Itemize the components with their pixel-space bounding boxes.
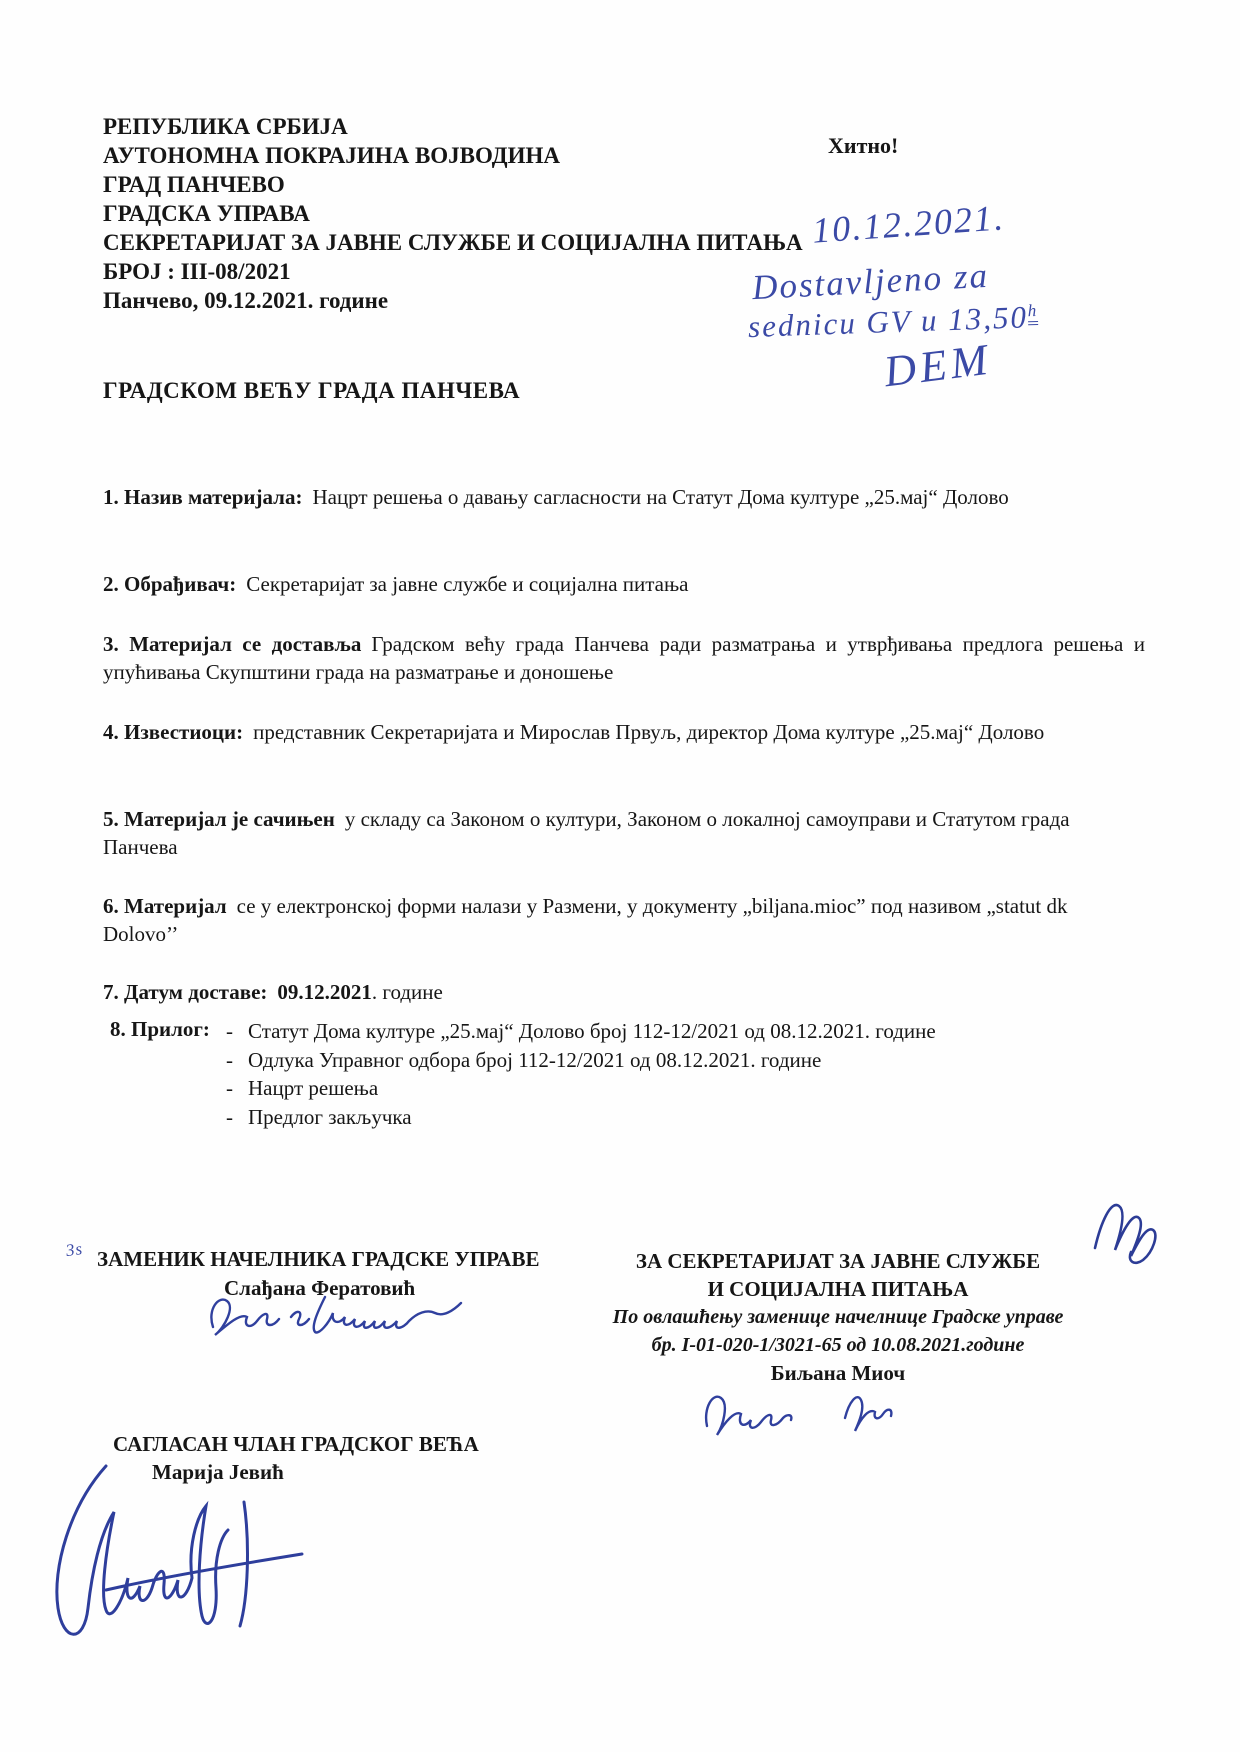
letterhead-line-number: БРОЈ : III-08/2021 [103,257,803,286]
attachments-list: - Статут Дома културе „25.мај“ Долово бр… [226,1017,1146,1131]
letterhead-line-secretariat: СЕКРЕТАРИЈАТ ЗА ЈАВНЕ СЛУЖБЕ И СОЦИЈАЛНА… [103,228,803,257]
item-7-label: 7. Датум доставе: [103,980,267,1004]
handwritten-date: 10.12.2021. [811,196,1006,251]
dash-bullet: - [226,1046,248,1075]
attachment-2: Одлука Управног одбора број 112-12/2021 … [248,1046,821,1075]
urgent-label: Хитно! [828,133,898,159]
item-7-delivery-date: 7. Датум доставе:09.12.2021. године [103,978,1145,1006]
attachment-row: - Предлог закључка [226,1103,1146,1132]
handwritten-hours-superscript: h [1027,301,1038,325]
secretariat-title-line1: ЗА СЕКРЕТАРИЈАТ ЗА ЈАВНЕ СЛУЖБЕ [588,1247,1088,1275]
letterhead-line-date: Панчево, 09.12.2021. године [103,286,803,315]
attachment-3: Нацрт решења [248,1074,378,1103]
attachment-row: - Статут Дома културе „25.мај“ Долово бр… [226,1017,1146,1046]
item-1-material-name: 1. Назив материјала:Нацрт решења о давањ… [103,483,1145,511]
item-3-delivered-to: 3. Материјал се достављаГрадском већу гр… [103,630,1145,686]
dash-bullet: - [226,1017,248,1046]
attachment-1: Статут Дома културе „25.мај“ Долово број… [248,1017,936,1046]
addressee-line: ГРАДСКОМ ВЕЋУ ГРАДА ПАНЧЕВА [103,378,520,404]
item-4-presenters: 4. Известиоци:представник Секретаријата … [103,718,1145,746]
letterhead-line-city: ГРАД ПАНЧЕВО [103,170,803,199]
secretariat-signature-block: ЗА СЕКРЕТАРИЈАТ ЗА ЈАВНЕ СЛУЖБЕ И СОЦИЈА… [588,1247,1088,1387]
item-4-label: 4. Известиоци: [103,720,243,744]
dash-bullet: - [226,1074,248,1103]
item-1-text: Нацрт решења о давању сагласности на Ста… [312,485,1008,509]
item-5-legal-basis: 5. Материјал је сачињену складу са Закон… [103,805,1145,861]
item-6-electronic-form: 6. Материјалсе у електронској форми нала… [103,892,1145,948]
item-2-preparer: 2. Обрађивач:Секретаријат за јавне служб… [103,570,1145,598]
secretariat-paraph [1085,1186,1175,1276]
secretariat-signature [695,1378,945,1448]
item-8-label: 8. Прилог: [110,1017,210,1042]
deputy-head-signature [205,1283,505,1353]
item-4-text: представник Секретаријата и Мирослав Прв… [253,720,1044,744]
letterhead: РЕПУБЛИКА СРБИЈА АУТОНОМНА ПОКРАЈИНА ВОЈ… [103,112,803,315]
item-2-label: 2. Обрађивач: [103,572,236,596]
item-7-suffix: . године [372,980,443,1004]
item-5-label: 5. Материјал је сачињен [103,807,335,831]
handwritten-initials: DEM [881,334,994,398]
item-7-date: 09.12.2021 [277,980,372,1004]
authorization-line1: По овлашћењу заменице начелнице Градске … [588,1303,1088,1331]
letterhead-line-admin: ГРАДСКА УПРАВА [103,199,803,228]
deputy-head-title: ЗАМЕНИК НАЧЕЛНИКА ГРАДСКЕ УПРАВЕ [97,1247,539,1272]
item-2-text: Секретаријат за јавне службе и социјална… [246,572,688,596]
item-3-label: 3. Материјал се доставља [103,632,361,656]
attachment-row: - Нацрт решења [226,1074,1146,1103]
dash-bullet: - [226,1103,248,1132]
item-6-label: 6. Материјал [103,894,227,918]
authorization-line2: бр. I-01-020-1/3021-65 од 10.08.2021.год… [588,1331,1088,1359]
letterhead-line-province: АУТОНОМНА ПОКРАЈИНА ВОЈВОДИНА [103,141,803,170]
item-6-text: се у електронској форми налази у Размени… [103,894,1068,946]
secretariat-title-line2: И СОЦИЈАЛНА ПИТАЊА [588,1275,1088,1303]
attachment-4: Предлог закључка [248,1103,412,1132]
handwritten-margin-mark: 3s [65,1239,85,1261]
scanned-document-page: РЕПУБЛИКА СРБИЈА АУТОНОМНА ПОКРАЈИНА ВОЈ… [0,0,1240,1752]
attachment-row: - Одлука Управног одбора број 112-12/202… [226,1046,1146,1075]
letterhead-line-republic: РЕПУБЛИКА СРБИЈА [103,112,803,141]
council-member-signature [48,1438,348,1658]
item-1-label: 1. Назив материјала: [103,485,302,509]
